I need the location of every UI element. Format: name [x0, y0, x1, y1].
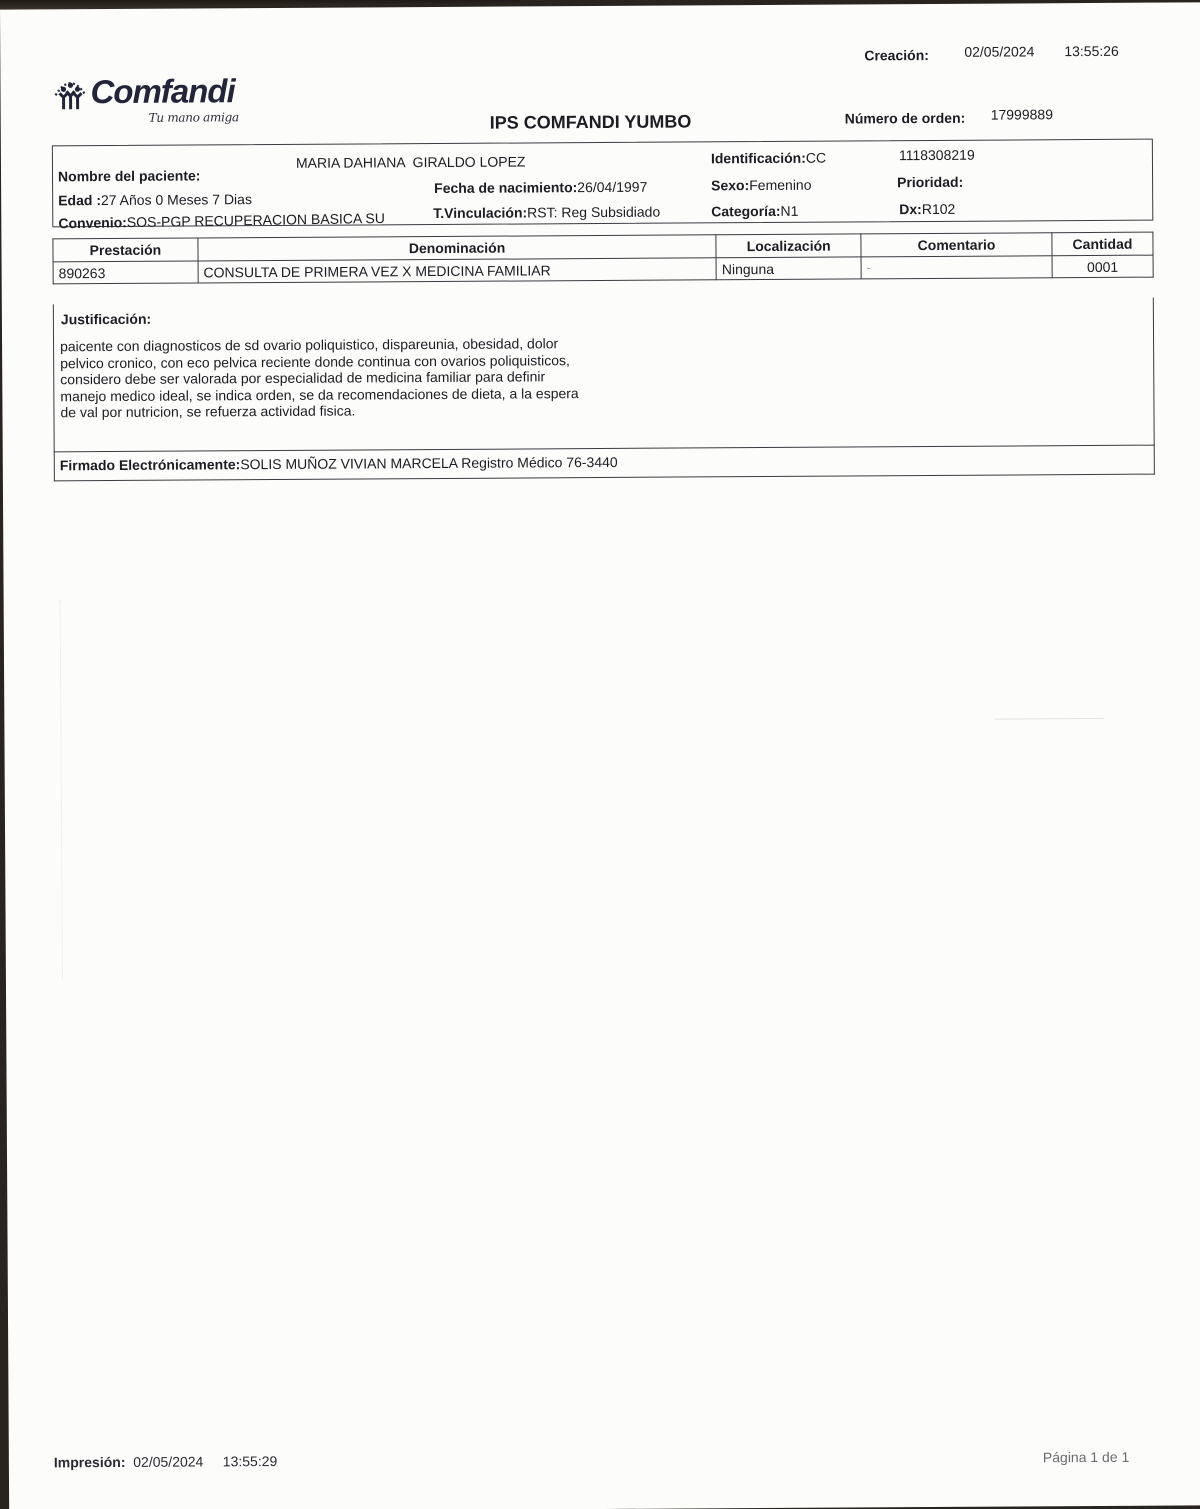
logo-tagline: Tu mano amiga: [149, 110, 239, 125]
justificacion-box: Justificación: paicente con diagnosticos…: [53, 298, 1155, 453]
categoria-field: Categoría:N1: [711, 203, 798, 220]
cell-denominacion: CONSULTA DE PRIMERA VEZ X MEDICINA FAMIL…: [198, 258, 716, 283]
col-cantidad: Cantidad: [1052, 232, 1153, 256]
patient-info-box: Nombre del paciente: MARIA DAHIANA GIRAL…: [52, 139, 1153, 228]
identificacion-label: Identificación:: [711, 150, 806, 167]
sexo-field: Sexo:Femenino: [711, 177, 811, 194]
impresion-label: Impresión:: [54, 1454, 126, 1470]
justificacion-text: paicente con diagnosticos de sd ovario p…: [60, 335, 580, 421]
firma-box: Firmado Electrónicamente:SOLIS MUÑOZ VIV…: [54, 445, 1155, 482]
bleed-through-artifact: [60, 599, 102, 979]
categoria-label: Categoría:: [711, 203, 780, 219]
edad-value: 27 Años 0 Meses 7 Dias: [101, 191, 252, 208]
categoria-value: N1: [780, 203, 798, 219]
impresion-date: 02/05/2024: [133, 1453, 203, 1469]
col-comentario: Comentario: [861, 233, 1052, 257]
impresion-time: 13:55:29: [223, 1453, 278, 1469]
convenio-label: Convenio:: [58, 214, 127, 231]
col-denominacion: Denominación: [198, 235, 716, 261]
numero-orden-label: Número de orden:: [845, 110, 966, 127]
edad-field: Edad :27 Años 0 Meses 7 Dias: [58, 191, 252, 208]
fecha-nacimiento-label: Fecha de nacimiento:: [434, 179, 577, 196]
creacion-date: 02/05/2024: [964, 43, 1034, 59]
vinculacion-value: RST: Reg Subsidiado: [527, 204, 660, 221]
impresion-field: Impresión: 02/05/2024 13:55:29: [54, 1453, 277, 1470]
page-number: Página 1 de 1: [1043, 1449, 1130, 1466]
fecha-nacimiento-value: 26/04/1997: [577, 179, 647, 195]
sexo-value: Femenino: [749, 177, 811, 193]
creacion-label: Creación:: [864, 47, 929, 63]
dx-label: Dx:: [899, 201, 922, 217]
vinculacion-field: T.Vinculación:RST: Reg Subsidiado: [433, 204, 660, 221]
identificacion-type: CC: [806, 150, 826, 166]
identificacion-field: Identificación:CC: [711, 150, 826, 167]
cell-comentario: -: [861, 256, 1052, 279]
dx-value: R102: [922, 201, 956, 217]
identificacion-value: 1118308219: [899, 147, 975, 163]
justificacion-label: Justificación:: [61, 311, 151, 328]
dx-field: Dx:R102: [899, 201, 955, 217]
fecha-nacimiento-field: Fecha de nacimiento:26/04/1997: [434, 179, 647, 196]
numero-orden-value: 17999889: [991, 106, 1053, 122]
vinculacion-label: T.Vinculación:: [433, 204, 527, 221]
col-prestacion: Prestación: [53, 238, 198, 262]
nombre-value: MARIA DAHIANA GIRALDO LOPEZ: [296, 153, 526, 170]
col-localizacion: Localización: [716, 234, 861, 258]
edad-label: Edad :: [58, 192, 101, 208]
firma-label: Firmado Electrónicamente:: [60, 456, 241, 473]
document-page: Comfandi Tu mano amiga Creación: 02/05/2…: [0, 2, 1200, 1509]
firma-field: Firmado Electrónicamente:SOLIS MUÑOZ VIV…: [60, 454, 618, 473]
logo-wordmark: Comfandi: [90, 72, 234, 111]
bleed-through-artifact: [994, 718, 1104, 720]
nombre-label: Nombre del paciente:: [58, 167, 200, 184]
cell-prestacion: 890263: [53, 261, 198, 284]
cell-cantidad: 0001: [1052, 255, 1153, 278]
cell-localizacion: Ninguna: [716, 257, 861, 280]
convenio-field: Convenio:SOS-PGP RECUPERACION BASICA SU: [58, 210, 385, 231]
services-table: Prestación Denominación Localización Com…: [52, 232, 1153, 285]
convenio-value: SOS-PGP RECUPERACION BASICA SU: [127, 210, 385, 230]
prioridad-label: Prioridad:: [897, 174, 963, 190]
comfandi-logo: Comfandi Tu mano amiga: [52, 72, 252, 133]
comfandi-family-icon: [52, 75, 88, 111]
page-title: IPS COMFANDI YUMBO: [490, 111, 692, 133]
firma-value: SOLIS MUÑOZ VIVIAN MARCELA Registro Médi…: [240, 454, 617, 472]
creacion-time: 13:55:26: [1064, 43, 1119, 59]
sexo-label: Sexo:: [711, 177, 749, 193]
